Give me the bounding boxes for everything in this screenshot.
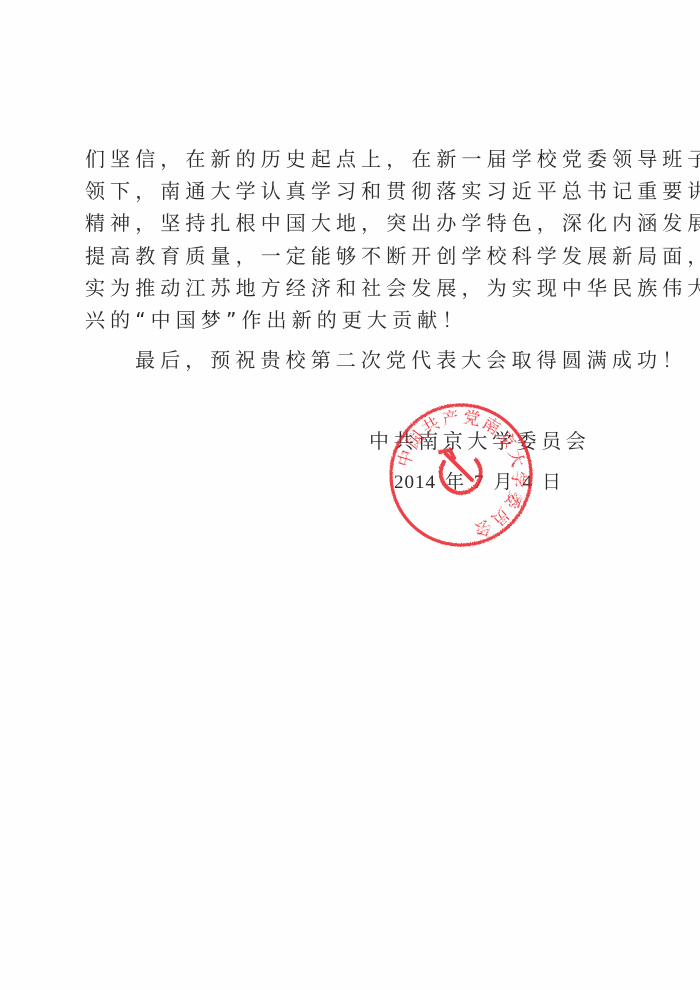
date-year-unit: 年 <box>445 469 465 495</box>
body-line: 兴的“中国梦”作出新的更大贡献！ <box>85 304 625 336</box>
signature-date: 2014年7月4日 <box>394 469 571 496</box>
date-month: 7 <box>474 470 485 496</box>
date-year: 2014 <box>394 470 436 496</box>
body-line: 提高教育质量，一定能够不断开创学校科学发展新局面，切 <box>85 240 625 272</box>
signature-organization: 中共南京大学委员会 <box>369 428 590 454</box>
document-page: 们坚信，在新的历史起点上，在新一届学校党委领导班子带 领下，南通大学认真学习和贯… <box>0 0 700 990</box>
body-line: 精神，坚持扎根中国大地，突出办学特色，深化内涵发展、 <box>85 207 625 239</box>
closing-wish-line: 最后，预祝贵校第二次党代表大会取得圆满成功！ <box>85 344 625 376</box>
letter-body: 们坚信，在新的历史起点上，在新一届学校党委领导班子带 领下，南通大学认真学习和贯… <box>85 143 625 376</box>
body-line: 实为推动江苏地方经济和社会发展，为实现中华民族伟大复 <box>85 272 625 304</box>
body-line: 们坚信，在新的历史起点上，在新一届学校党委领导班子带 <box>85 143 625 175</box>
date-day: 4 <box>523 470 534 496</box>
date-day-unit: 日 <box>542 469 562 495</box>
date-month-unit: 月 <box>494 469 514 495</box>
body-line: 领下，南通大学认真学习和贯彻落实习近平总书记重要讲话 <box>85 175 625 207</box>
